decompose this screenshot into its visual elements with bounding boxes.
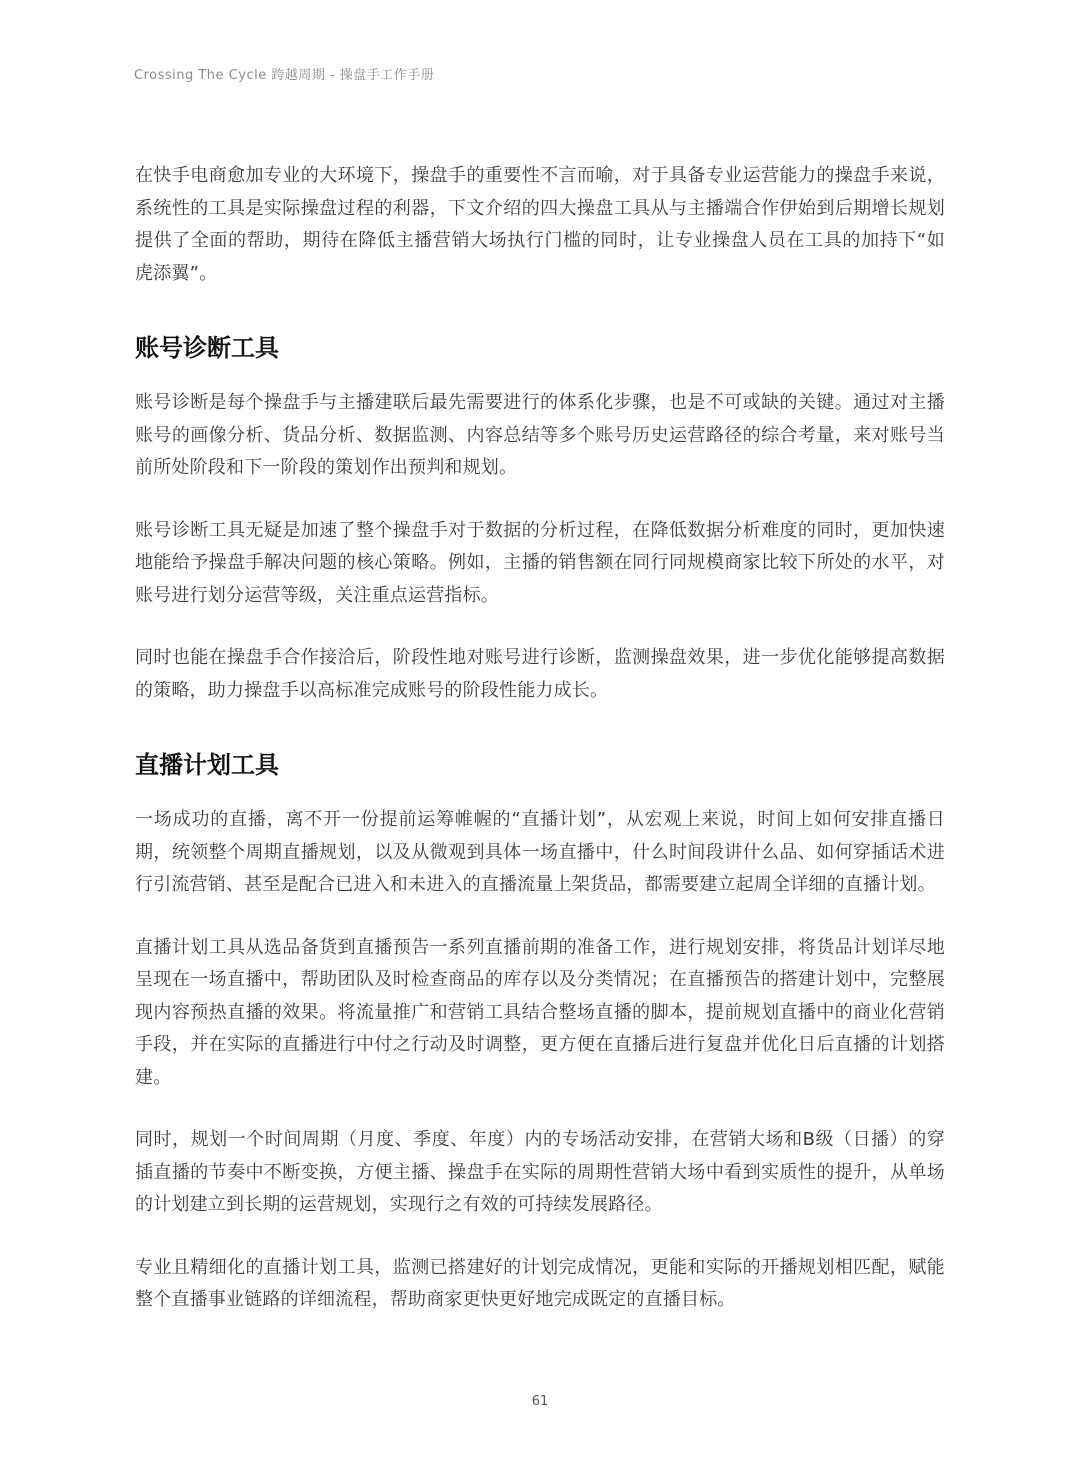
section-title-account-diagnosis: 账号诊断工具 [135,328,945,363]
running-header: Crossing The Cycle 跨越周期 - 操盘手工作手册 [134,64,434,83]
paragraph: 专业且精细化的直播计划工具，监测已搭建好的计划完成情况，更能和实际的开播规划相匹… [135,1252,945,1317]
paragraph: 同时，规划一个时间周期（月度、季度、年度）内的专场活动安排，在营销大场和B级（日… [135,1124,945,1222]
paragraph: 账号诊断是每个操盘手与主播建联后最先需要进行的体系化步骤，也是不可或缺的关键。通… [135,387,945,485]
section-title-live-plan: 直播计划工具 [135,745,945,780]
page-number: 61 [0,1394,1080,1409]
intro-paragraph: 在快手电商愈加专业的大环境下，操盘手的重要性不言而喻，对于具备专业运营能力的操盘… [135,160,945,290]
paragraph: 账号诊断工具无疑是加速了整个操盘手对于数据的分析过程，在降低数据分析难度的同时，… [135,515,945,613]
paragraph: 直播计划工具从选品备货到直播预告一系列直播前期的准备工作，进行规划安排，将货品计… [135,932,945,1095]
paragraph: 同时也能在操盘手合作接洽后，阶段性地对账号进行诊断，监测操盘效果，进一步优化能够… [135,642,945,707]
paragraph: 一场成功的直播，离不开一份提前运筹帷幄的“直播计划”，从宏观上来说，时间上如何安… [135,804,945,902]
page-body: 在快手电商愈加专业的大环境下，操盘手的重要性不言而喻，对于具备专业运营能力的操盘… [135,160,945,1317]
